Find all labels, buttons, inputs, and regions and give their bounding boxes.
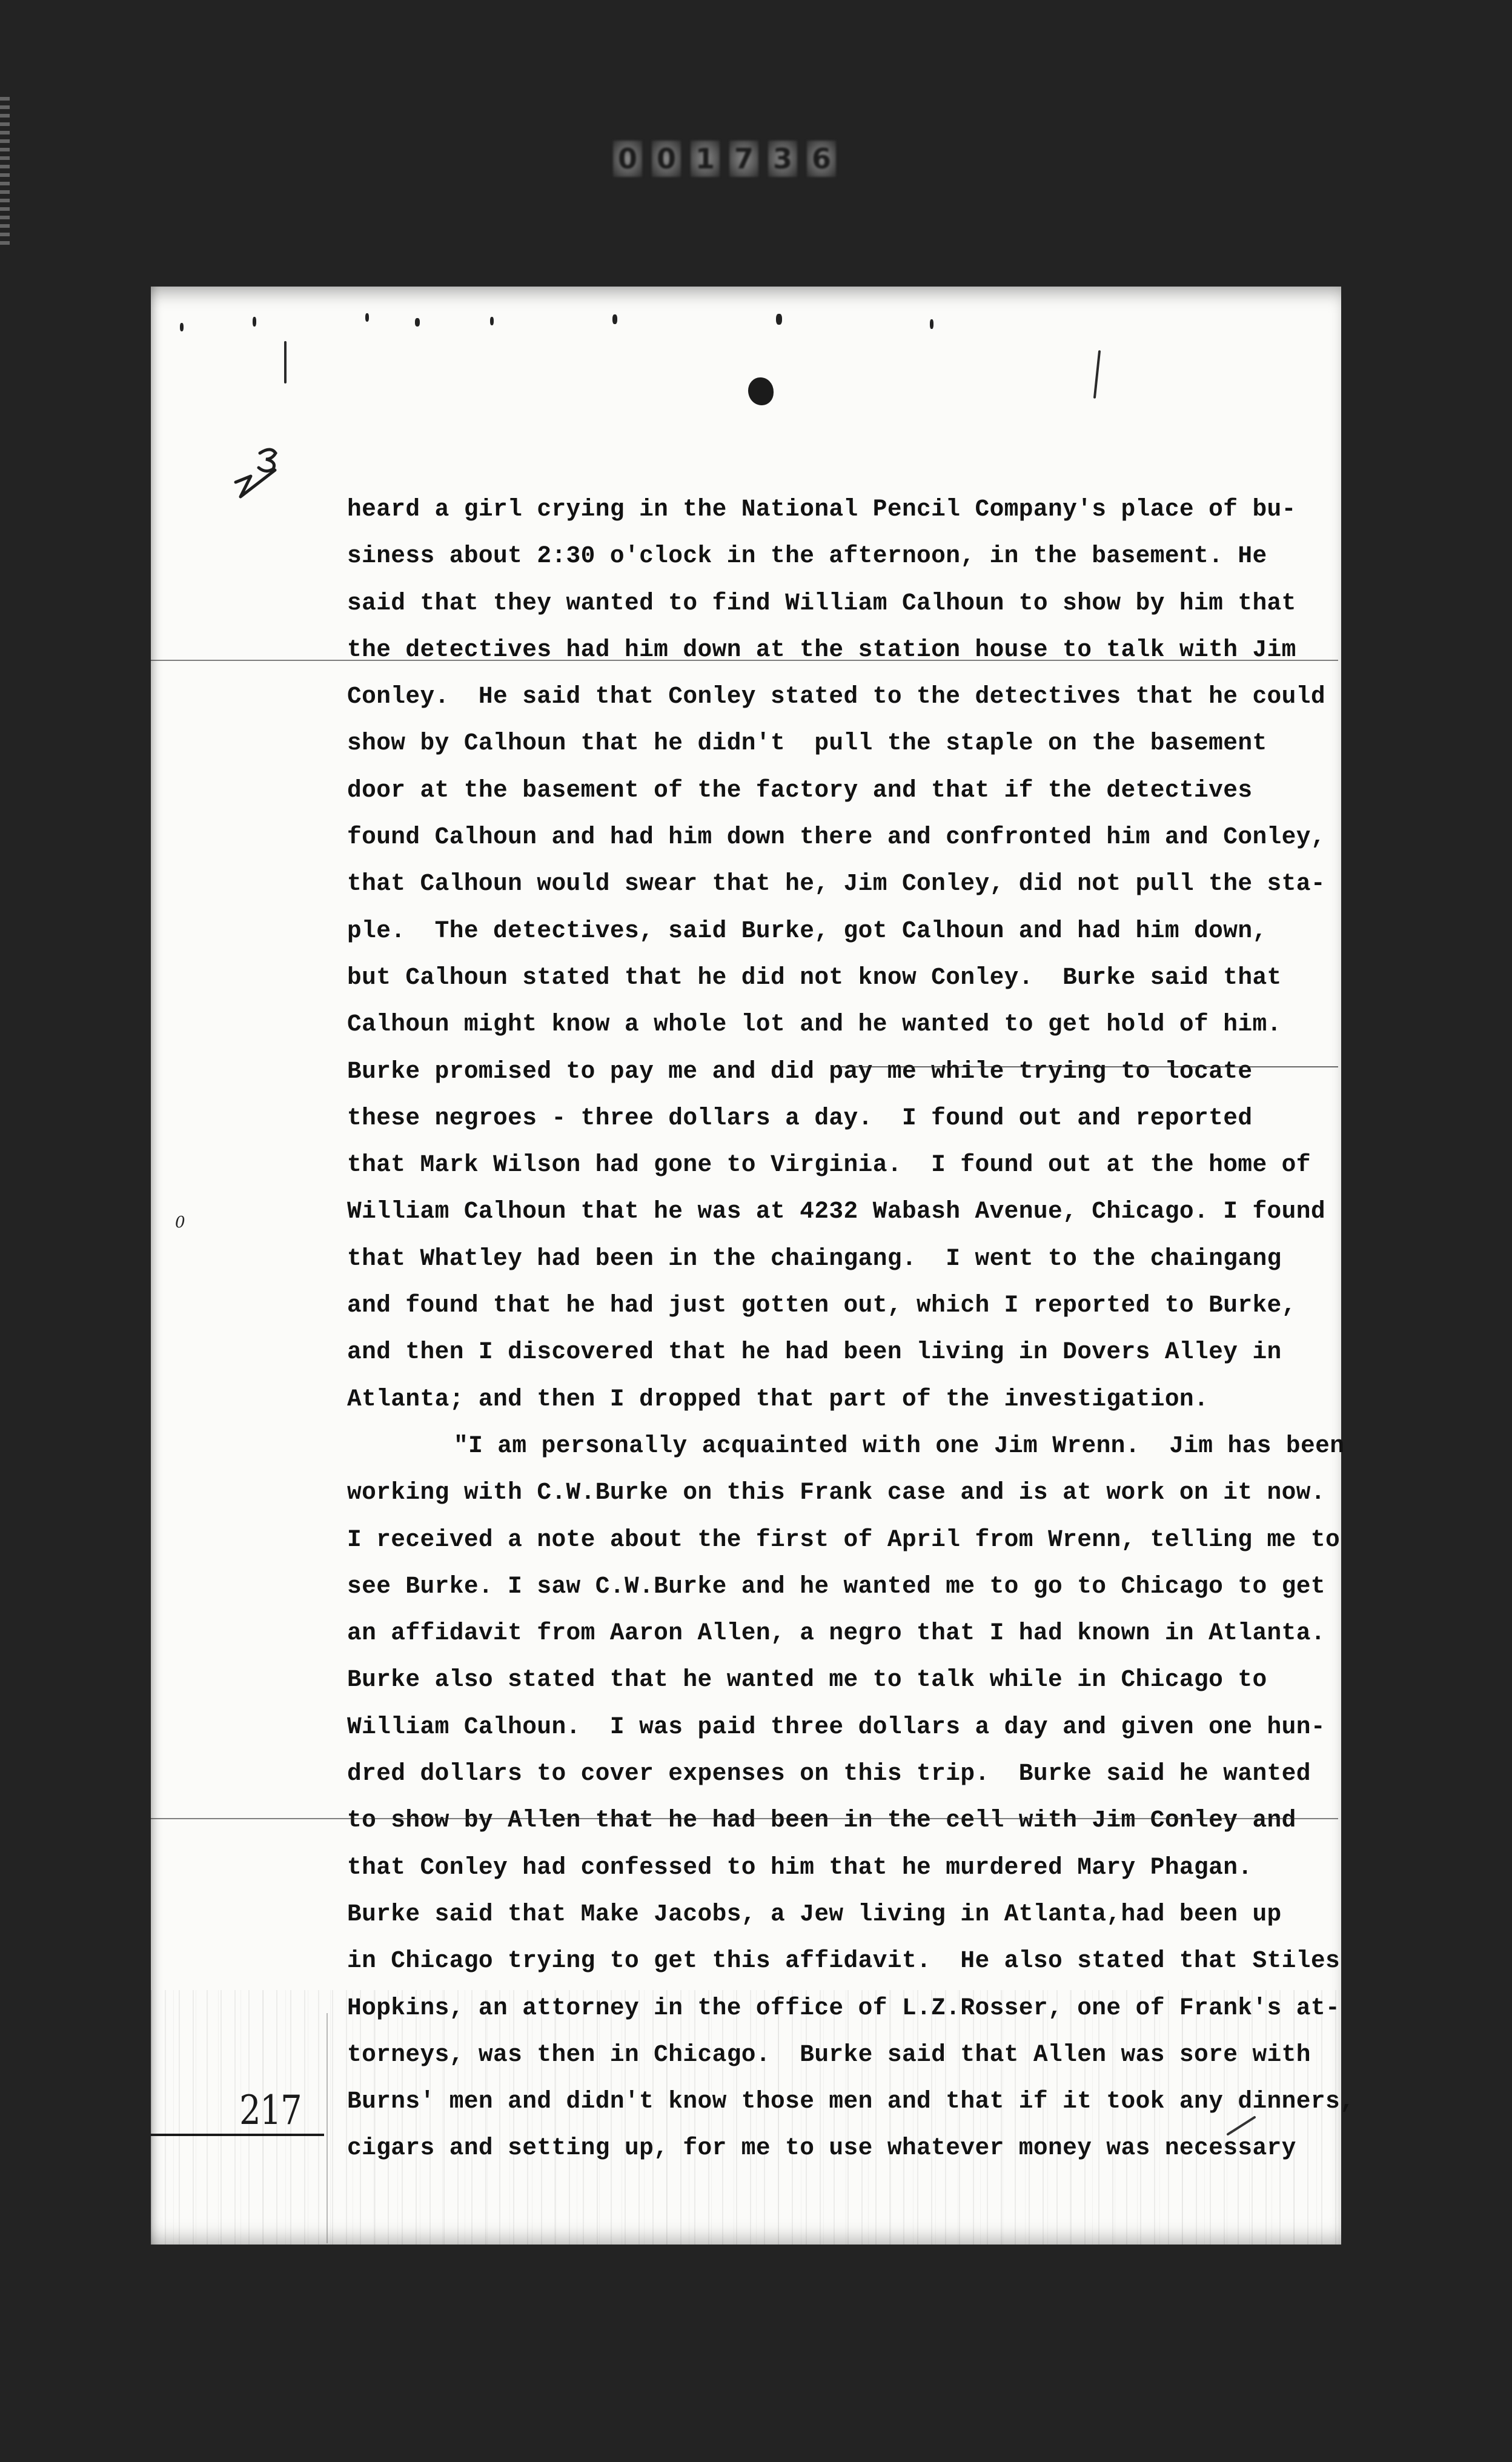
text-line: Calhoun might know a whole lot and he wa… bbox=[347, 1009, 1310, 1055]
scan-artifact-line bbox=[151, 1818, 1338, 1819]
text-line: the detectives had him down at the stati… bbox=[347, 634, 1310, 681]
text-line: William Calhoun that he was at 4232 Waba… bbox=[347, 1196, 1310, 1243]
text-line: said that they wanted to find William Ca… bbox=[347, 588, 1310, 634]
text-line: see Burke. I saw C.W.Burke and he wanted… bbox=[347, 1571, 1310, 1618]
text-line: found Calhoun and had him down there and… bbox=[347, 821, 1310, 868]
paper-grain bbox=[151, 1990, 1341, 2245]
scan-artifact-line bbox=[841, 1066, 1338, 1067]
speck bbox=[415, 318, 420, 327]
check-three-handwritten-icon bbox=[224, 441, 290, 508]
text-line: that Mark Wilson had gone to Virginia. I… bbox=[347, 1149, 1310, 1196]
text-line: Burke said that Make Jacobs, a Jew livin… bbox=[347, 1899, 1310, 1945]
speck bbox=[612, 314, 617, 324]
text-line: siness about 2:30 o'clock in the afterno… bbox=[347, 540, 1310, 587]
speck bbox=[776, 314, 782, 325]
text-line: heard a girl crying in the National Penc… bbox=[347, 494, 1310, 540]
text-line: Burke also stated that he wanted me to t… bbox=[347, 1664, 1310, 1711]
margin-stroke bbox=[284, 341, 287, 383]
speck bbox=[180, 323, 184, 331]
punch-hole bbox=[748, 377, 774, 405]
text-line: William Calhoun. I was paid three dollar… bbox=[347, 1711, 1310, 1758]
margin-stroke bbox=[1093, 350, 1101, 399]
stamp-digit: 6 bbox=[807, 141, 836, 177]
stamp-digit: 0 bbox=[613, 141, 642, 177]
text-line: and found that he had just gotten out, w… bbox=[347, 1290, 1310, 1336]
stamp-digit: 3 bbox=[768, 141, 797, 177]
text-line: I received a note about the first of Apr… bbox=[347, 1524, 1310, 1571]
text-line: that Conley had confessed to him that he… bbox=[347, 1852, 1310, 1899]
margin-mark: 0 bbox=[175, 1213, 185, 1232]
text-line: working with C.W.Burke on this Frank cas… bbox=[347, 1477, 1310, 1524]
speck bbox=[490, 317, 494, 325]
stamp-digit: 7 bbox=[729, 141, 758, 177]
scan-artifact-line bbox=[151, 660, 1338, 661]
text-line: to show by Allen that he had been in the… bbox=[347, 1805, 1310, 1851]
stamp-digit: 0 bbox=[652, 141, 681, 177]
paragraph-start-line: "I am personally acquainted with one Jim… bbox=[347, 1430, 1310, 1477]
speck bbox=[365, 313, 369, 322]
text-line: dred dollars to cover expenses on this t… bbox=[347, 1758, 1310, 1805]
document-page: 0 heard a girl crying in the National Pe… bbox=[151, 287, 1341, 2245]
frame-number-stamp: 0 0 1 7 3 6 bbox=[613, 141, 836, 177]
text-line: show by Calhoun that he didn't pull the … bbox=[347, 728, 1310, 774]
text-line: that Calhoun would swear that he, Jim Co… bbox=[347, 868, 1310, 915]
text-line: ple. The detectives, said Burke, got Cal… bbox=[347, 915, 1310, 962]
text-line: an affidavit from Aaron Allen, a negro t… bbox=[347, 1618, 1310, 1664]
text-line: that Whatley had been in the chaingang. … bbox=[347, 1243, 1310, 1290]
typewritten-text: heard a girl crying in the National Penc… bbox=[347, 494, 1310, 2180]
text-line: and then I discovered that he had been l… bbox=[347, 1336, 1310, 1383]
text-line: door at the basement of the factory and … bbox=[347, 775, 1310, 821]
text-line: these negroes - three dollars a day. I f… bbox=[347, 1103, 1310, 1149]
text-line: Atlanta; and then I dropped that part of… bbox=[347, 1384, 1310, 1430]
speck bbox=[930, 319, 933, 329]
film-edge-marks bbox=[0, 97, 10, 248]
text-line: Conley. He said that Conley stated to th… bbox=[347, 681, 1310, 728]
stamp-digit: 1 bbox=[691, 141, 720, 177]
text-line: but Calhoun stated that he did not know … bbox=[347, 962, 1310, 1009]
speck bbox=[253, 317, 256, 327]
text-line: in Chicago trying to get this affidavit.… bbox=[347, 1945, 1310, 1992]
text-line: Burke promised to pay me and did pay me … bbox=[347, 1056, 1310, 1103]
